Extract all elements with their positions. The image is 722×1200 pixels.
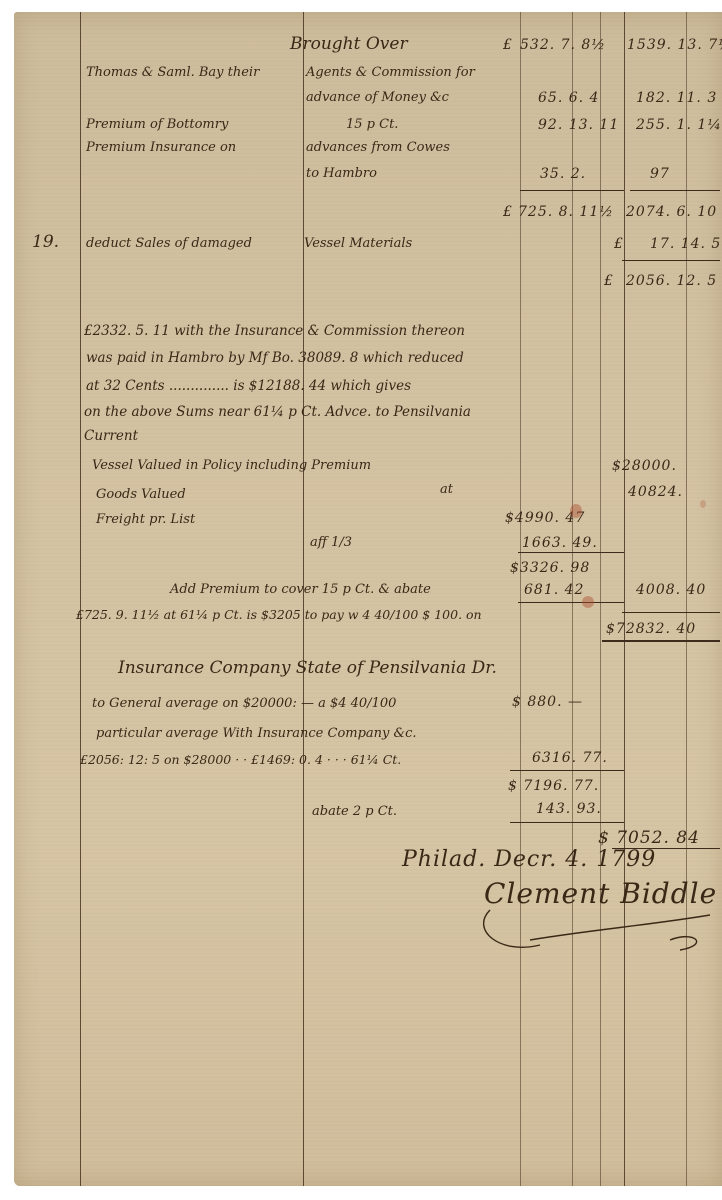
third-amount: 1663. 49. xyxy=(522,535,598,551)
subtotal-currency: £ xyxy=(503,204,513,220)
conversion-text: £725. 9. 11½ at 61¼ p Ct. is $3205 to pa… xyxy=(76,607,482,623)
row-bottomry-desc-left: Premium of Bottomry xyxy=(86,117,228,133)
sterling-rule-shillings xyxy=(572,12,573,1186)
margin-rule xyxy=(80,12,81,1186)
premium-rule xyxy=(518,602,624,603)
brought-over-sterling: 532. 7. 8½ xyxy=(520,37,606,53)
section3-total-rule xyxy=(510,822,624,823)
brought-over-label: Brought Over xyxy=(290,36,408,52)
freight-sum-rule xyxy=(518,552,624,553)
section3-total: $ 7052. 84 xyxy=(598,830,700,846)
section3-subtotal: $ 7196. 77. xyxy=(508,778,599,794)
goods-label: Goods Valued xyxy=(96,487,186,503)
row-agents-desc-right-2: advance of Money &c xyxy=(306,90,449,106)
exchange-paragraph-line-5: Current xyxy=(84,428,138,444)
subtotal-dollars: 2074. 6. 10 xyxy=(626,204,717,220)
row-agents-desc-right-1: Agents & Commission for xyxy=(306,65,475,81)
exchange-paragraph-line-4: on the above Sums near 61¼ p Ct. Advce. … xyxy=(84,404,471,420)
ledger-page xyxy=(14,12,722,1186)
general-average-amount: $ 880. — xyxy=(512,694,583,710)
row-agents-dollars: 182. 11. 3 xyxy=(636,90,717,106)
dollar-cents-rule xyxy=(686,12,687,1186)
section3-subtotal-rule xyxy=(510,770,624,771)
deduct-line-number: 19. xyxy=(32,234,59,250)
deduct-currency: £ xyxy=(614,236,624,252)
dollar-rule xyxy=(624,12,625,1186)
freight-total: $3326. 98 xyxy=(510,560,590,576)
brought-over-dollars: 1539. 13. 7¼ xyxy=(627,37,722,53)
grand-total-bottom-rule xyxy=(602,640,720,642)
subtotal-sterling: 725. 8. 11½ xyxy=(518,204,614,220)
particular-average-amount: 6316. 77. xyxy=(532,750,608,766)
row-insurance-desc-right-2: to Hambro xyxy=(306,166,377,182)
premium-label: Add Premium to cover 15 p Ct. & abate xyxy=(170,582,431,598)
vessel-amount: $28000. xyxy=(612,458,677,474)
exchange-paragraph-line-3: at 32 Cents .............. is $12188. 44… xyxy=(86,378,411,394)
row-insurance-sterling: 35. 2. xyxy=(540,166,586,182)
ink-stain xyxy=(700,500,706,508)
general-average-label: to General average on $20000: — a $4 40/… xyxy=(92,696,396,712)
premium-amount: 681. 42 xyxy=(524,582,584,598)
brought-over-currency: £ xyxy=(503,37,513,53)
total-currency: £ xyxy=(604,273,614,289)
vessel-label: Vessel Valued in Policy including Premiu… xyxy=(92,458,371,474)
total-rule xyxy=(622,260,720,261)
subtotal-rule-sterling xyxy=(520,190,624,191)
subtotal-rule-dollars xyxy=(630,190,720,191)
abate-label: abate 2 p Ct. xyxy=(312,804,397,820)
goods-at: at xyxy=(440,482,453,498)
freight-label: Freight pr. List xyxy=(96,512,195,528)
signature-flourish-icon xyxy=(470,900,720,960)
total-dollars: 2056. 12. 5 xyxy=(626,273,717,289)
particular-average-detail: £2056: 12: 5 on $28000 · · £1469: 0. 4 ·… xyxy=(80,752,401,768)
premium-total: 4008. 40 xyxy=(636,582,706,598)
row-agents-desc-left: Thomas & Saml. Bay their xyxy=(86,65,259,81)
deduct-desc-right: Vessel Materials xyxy=(304,236,412,252)
sterling-rule-pounds xyxy=(520,12,521,1186)
goods-amount: 40824. xyxy=(628,484,683,500)
row-insurance-desc-left: Premium Insurance on xyxy=(86,140,236,156)
particular-average-label: particular average With Insurance Compan… xyxy=(96,726,417,742)
description-rule xyxy=(303,12,304,1186)
row-insurance-dollars: 97 xyxy=(650,166,670,182)
sterling-rule-pence xyxy=(600,12,601,1186)
row-agents-sterling: 65. 6. 4 xyxy=(538,90,599,106)
row-bottomry-desc-right: 15 p Ct. xyxy=(346,117,398,133)
place-date: Philad. Decr. 4. 1799 xyxy=(402,852,656,868)
deduct-dollars: 17. 14. 5 xyxy=(650,236,721,252)
ink-stain xyxy=(570,504,582,518)
row-bottomry-sterling: 92. 13. 11 xyxy=(538,117,619,133)
third-label: aff 1/3 xyxy=(310,535,352,551)
row-insurance-desc-right-1: advances from Cowes xyxy=(306,140,450,156)
insurance-heading: Insurance Company State of Pensilvania D… xyxy=(118,660,497,676)
grand-total-top-rule xyxy=(622,612,720,613)
grand-total: $72832. 40 xyxy=(606,621,696,637)
ink-stain xyxy=(582,596,594,608)
deduct-desc-left: deduct Sales of damaged xyxy=(86,236,252,252)
abate-amount: 143. 93. xyxy=(536,801,602,817)
exchange-paragraph-line-1: £2332. 5. 11 with the Insurance & Commis… xyxy=(84,323,465,339)
exchange-paragraph-line-2: was paid in Hambro by Mf Bo. 38089. 8 wh… xyxy=(86,350,464,366)
row-bottomry-dollars: 255. 1. 1¼ xyxy=(636,117,722,133)
